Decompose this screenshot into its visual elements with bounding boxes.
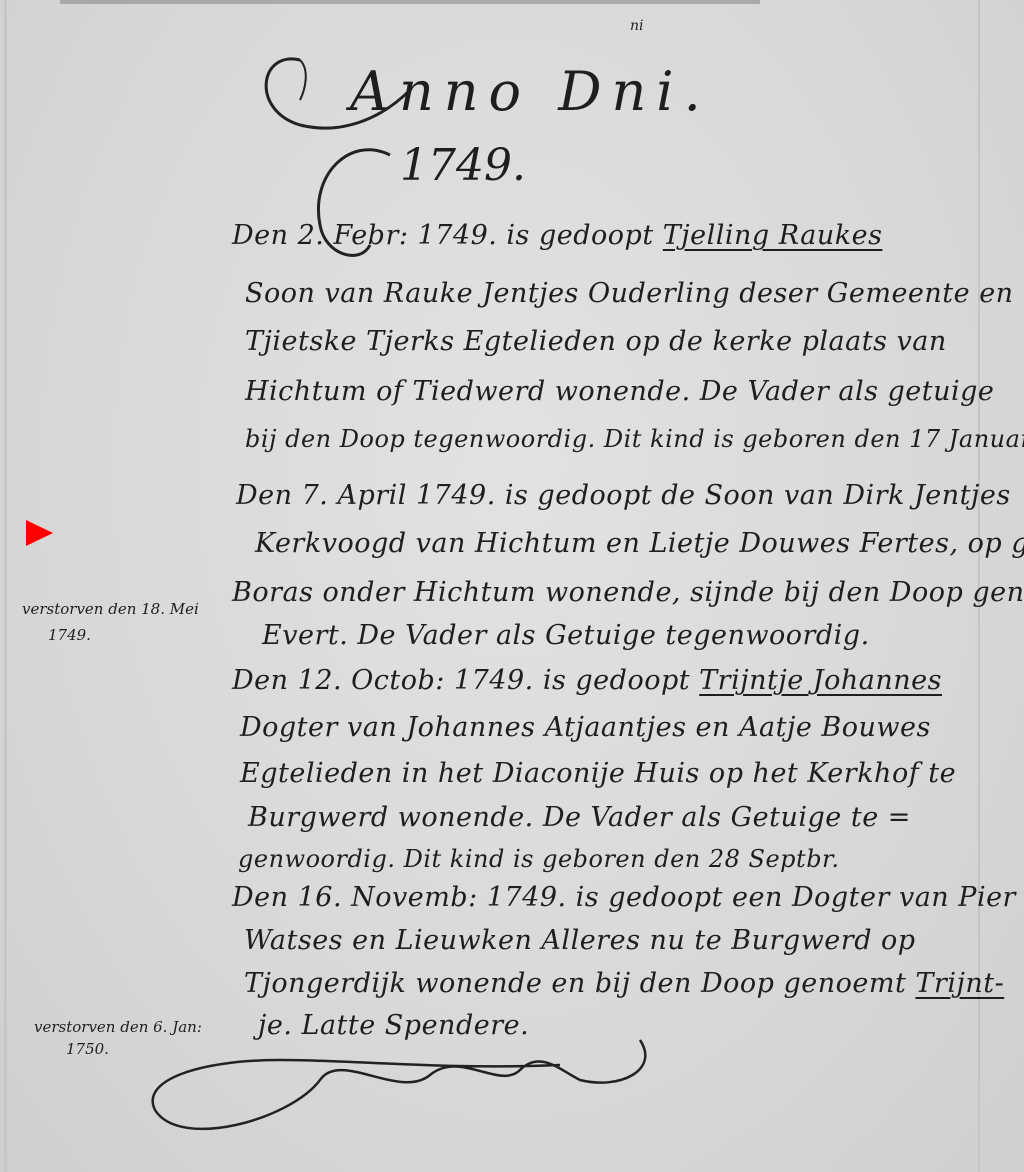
entry-line: Egtelieden in het Diaconije Huis op het … xyxy=(240,758,956,789)
child-name: Tjelling Raukes xyxy=(663,220,883,251)
entry-line: Watses en Lieuwken Alleres nu te Burgwer… xyxy=(244,925,916,956)
entry-line: Dogter van Johannes Atjaantjes en Aatje … xyxy=(240,712,931,743)
margin-note-year: 1749. xyxy=(48,626,91,644)
child-name: Trijnt- xyxy=(915,968,1004,999)
entry-line: Den 16. Novemb: 1749. is gedoopt een Dog… xyxy=(232,882,1016,913)
entry-line: Den 12. Octob: 1749. is gedoopt Trijntje… xyxy=(232,665,942,696)
entry-line: Tjongerdijk wonende en bij den Doop geno… xyxy=(244,968,1004,999)
page-year: 1749. xyxy=(400,140,526,191)
page-heading: Anno Dni. xyxy=(350,60,711,123)
entry-line: Kerkvoogd van Hichtum en Lietje Douwes F… xyxy=(255,528,1024,559)
entry-line: Den 7. April 1749. is gedoopt de Soon va… xyxy=(236,480,1011,511)
red-pointer-marker-icon xyxy=(26,520,53,546)
year-flourish-icon xyxy=(290,135,410,275)
entry-line: Hichtum of Tiedwerd wonende. De Vader al… xyxy=(245,376,994,407)
heading-superscript: ni xyxy=(630,18,644,34)
entry-line: Den 2. Febr: 1749. is gedoopt Tjelling R… xyxy=(232,220,882,251)
entry-line: genwoordig. Dit kind is geboren den 28 S… xyxy=(238,845,840,873)
page-top-edge xyxy=(60,0,760,4)
margin-note-year: 1750. xyxy=(66,1040,109,1058)
closing-flourish-icon xyxy=(140,1030,660,1150)
entry-line: Evert. De Vader als Getuige tegenwoordig… xyxy=(262,620,870,651)
entry-line: Tjietske Tjerks Egtelieden op de kerke p… xyxy=(245,326,947,357)
entry-line: je. Latte Spendere. xyxy=(258,1010,529,1041)
entry-line: Burgwerd wonende. De Vader als Getuige t… xyxy=(248,802,911,833)
margin-note-death: verstorven den 18. Mei xyxy=(22,600,199,618)
child-name: Trijntje Johannes xyxy=(699,665,942,696)
register-page: Anno Dni. ni 1749. Den 2. Febr: 1749. is… xyxy=(0,0,1024,1172)
entry-line: Boras onder Hichtum wonende, sijnde bij … xyxy=(232,577,1024,608)
page-left-fold xyxy=(4,0,7,1172)
entry-line: Soon van Rauke Jentjes Ouderling deser G… xyxy=(245,278,1014,309)
entry-line: bij den Doop tegenwoordig. Dit kind is g… xyxy=(245,425,1024,453)
margin-note-death: verstorven den 6. Jan: xyxy=(34,1018,202,1036)
